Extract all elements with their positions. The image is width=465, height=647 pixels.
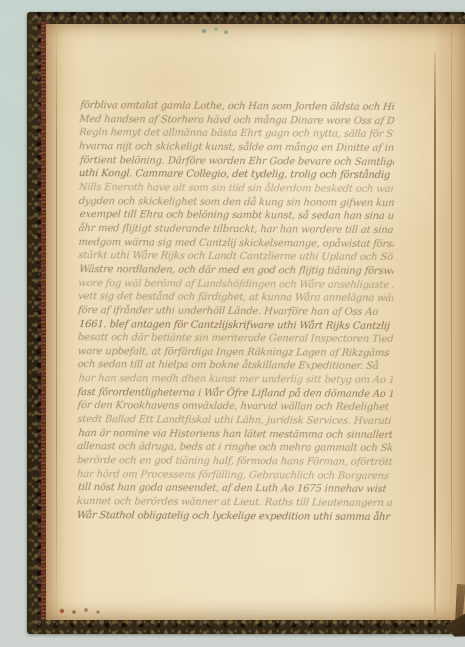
manuscript-line: Nills Eneroth have alt som sin tiid sin … [78, 181, 394, 197]
manuscript-line: hvarna nijt och skickeligt kunst, sålde … [78, 140, 394, 156]
manuscript-line: före af ifrånder uthi underhöll Lände. H… [77, 304, 393, 320]
manuscript-line: Wästre nordlanden, och där med en god oc… [79, 263, 394, 279]
fore-edge-strip [434, 24, 465, 620]
scan-background: förbliva omtalat gamla Lothe, och Han so… [0, 0, 465, 647]
manuscript-line: åhr med flijtigt studerande tilbrackt, h… [78, 222, 394, 238]
manuscript-line: kunnet och berördes wänner at Lieut. Rat… [77, 495, 393, 511]
manuscript-line: förbliva omtalat gamla Lothe, och Han so… [80, 99, 395, 115]
fore-edge-crease-line [434, 52, 436, 614]
red-speckle-marks [56, 607, 108, 615]
fore-edge-page-line [451, 26, 452, 604]
green-ink-smudge [196, 27, 236, 35]
manuscript-line: Wår Stathol obligatelig och lyckelige ex… [77, 509, 393, 525]
manuscript-text-block: förbliva omtalat gamla Lothe, och Han so… [77, 99, 395, 527]
gutter-crease-line [56, 30, 57, 614]
